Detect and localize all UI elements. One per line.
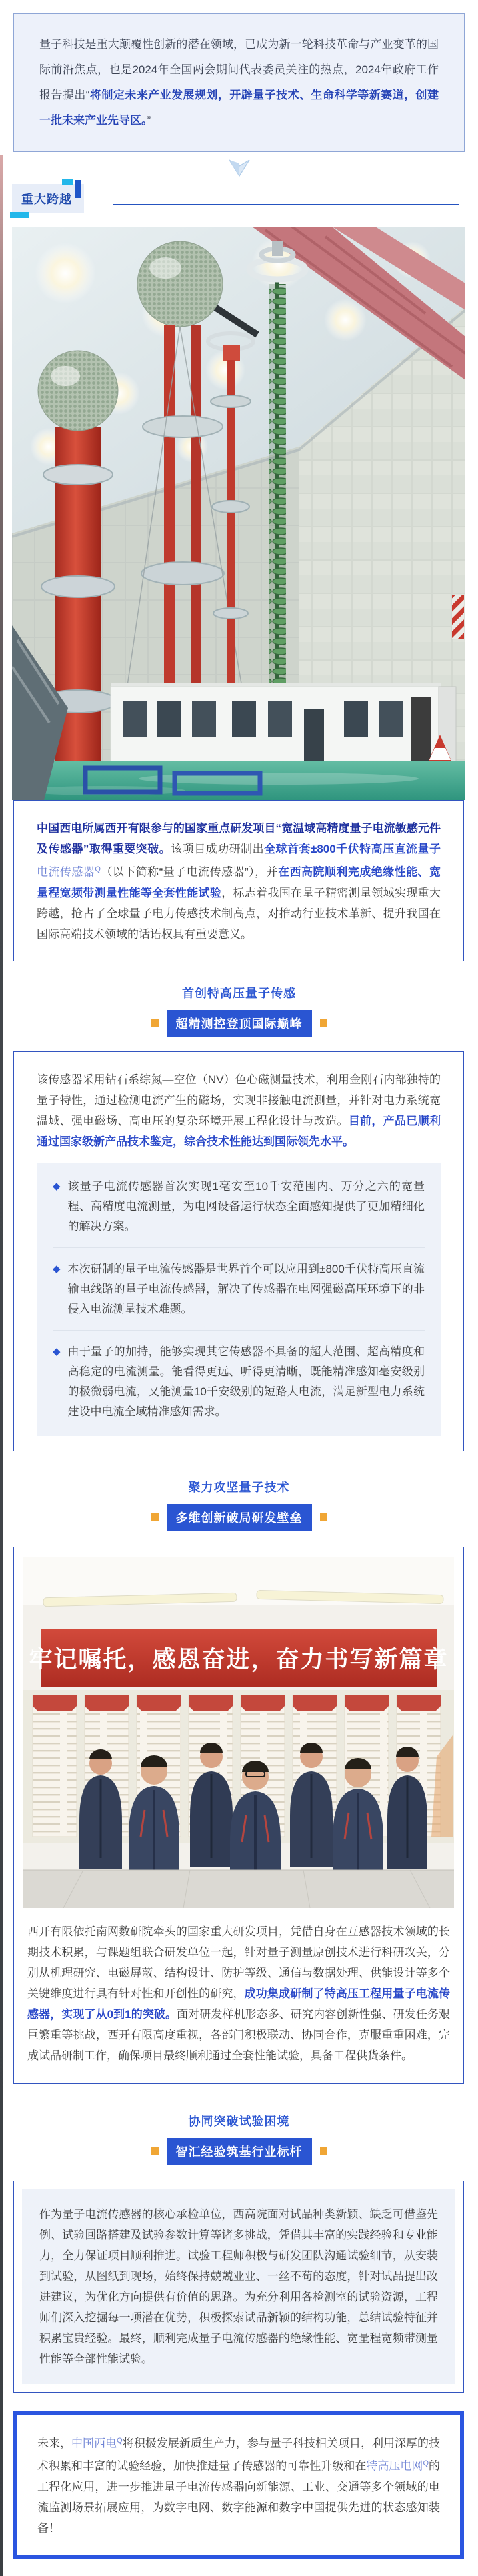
lead-text-segment: 该项目成功研制出: [171, 843, 264, 855]
hall-photo: [12, 227, 465, 800]
section1-paragraph: 该传感器采用钻石系综氮—空位（NV）色心磁测量技术，利用金刚石内部独特的量子特性…: [37, 1069, 441, 1152]
intro-quote-box: 量子科技是重大颠覆性创新的潜在领域，已成为新一轮科技革命与产业变革的国际前沿焦点…: [13, 13, 465, 152]
lead-text-segment-2: （以下简称“量子电流传感器”），并: [101, 866, 278, 879]
lead-blue-segment: 全球首套±800千伏特高压直流量子: [264, 843, 441, 855]
section3-box: 作为量子电流传感器的核心承检单位，西高院面对试品种类新颖、缺乏可借鉴先例、试验回…: [13, 2181, 464, 2393]
orange-square-icon: [320, 2147, 327, 2155]
section2-badge: 多维创新破局研发壁垒: [167, 1504, 312, 1531]
diamond-bullet-icon: ◆: [53, 1177, 61, 1237]
list-item: ◆ 由于量子的加持，能够实现其它传感器不具备的超大范围、超高精度和高稳定的电流测…: [53, 1331, 425, 1433]
section3-badge-row: 智汇经验筑基行业标杆: [0, 2138, 478, 2165]
grid-entity-link[interactable]: 特高压电网: [366, 2460, 423, 2473]
orange-square-icon: [151, 1513, 159, 1521]
section1-badge: 超精测控登顶国际巅峰: [167, 1010, 312, 1037]
entity-q-icon[interactable]: Q: [95, 865, 101, 873]
lead-paragraph-box: 中国西电所属西开有限参与的国家重点研发项目“宽温域高精度量子电流敏感元件及传感器…: [13, 800, 464, 961]
orange-square-icon: [151, 1019, 159, 1027]
section2-box: 牢记嘱托，感恩奋进，奋力书写新篇章: [13, 1547, 464, 2084]
control-room-building: [111, 683, 441, 767]
divider: [0, 157, 478, 180]
orange-square-icon: [151, 2147, 159, 2155]
section-header-badge: 重大跨越: [12, 184, 84, 213]
room-floor: [23, 1870, 454, 1908]
cyan-corner-icon: [62, 179, 73, 185]
section3-badge: 智汇经验筑基行业标杆: [167, 2138, 312, 2165]
bullet-text: 本次研制的量子电流传感器是世界首个可以应用到±800千伏特高压直流输电线路的量子…: [68, 1259, 425, 1319]
list-item: ◆ 该量子电流传感器首次实现1毫安至10千安范围内、万分之六的宽量程、高精度电流…: [53, 1165, 425, 1248]
article-page: 量子科技是重大颠覆性创新的潜在领域，已成为新一轮科技革命与产业变革的国际前沿焦点…: [0, 0, 478, 2576]
orange-square-icon: [320, 1019, 327, 1027]
section3-paragraph: 作为量子电流传感器的核心承检单位，西高院面对试品种类新颖、缺乏可借鉴先例、试验回…: [39, 2204, 438, 2369]
section1-subtitle: 首创特高压量子传感: [0, 984, 478, 1001]
entity-q-icon[interactable]: Q: [117, 2437, 123, 2445]
section2-paragraph: 西开有限依托南网数研院牵头的国家重大研发项目，凭借自身在互感器技术领域的长期技术…: [27, 1921, 450, 2066]
section2-badge-row: 多维创新破局研发壁垒: [0, 1504, 478, 1531]
section1-box: 该传感器采用钻石系综氮—空位（NV）色心磁测量技术，利用金刚石内部独特的量子特性…: [13, 1051, 464, 1451]
section-header-rule: [113, 204, 459, 205]
bullet-text: 该量子电流传感器首次实现1毫安至10千安范围内、万分之六的宽量程、高精度电流测量…: [68, 1177, 425, 1237]
orange-square-icon: [320, 1513, 327, 1521]
chevron-down-icon: [228, 157, 251, 177]
entity-q-icon[interactable]: Q: [423, 2459, 429, 2467]
blue-corner-icon: [75, 180, 81, 198]
section3-subtitle: 协同突破试验困境: [0, 2112, 478, 2129]
section-header-row: 重大跨越: [12, 184, 478, 219]
diamond-bullet-icon: ◆: [53, 1342, 61, 1422]
list-item: ◆ 本次研制的量子电流传感器是世界首个可以应用到±800千伏特高压直流输电线路的…: [53, 1248, 425, 1331]
banner-slogan: 牢记嘱托，感恩奋进，奋力书写新篇章: [29, 1646, 448, 1673]
window-edge-strip: [0, 155, 3, 2576]
intro-suffix: ”: [147, 114, 151, 127]
outro-box: 未来，中国西电Q将积极发展新质生产力，参与量子科技相关项目，利用深厚的技术积累和…: [13, 2411, 464, 2559]
highlights-panel: ◆ 该量子电流传感器首次实现1毫安至10千安范围内、万分之六的宽量程、高精度电流…: [37, 1163, 441, 1436]
lead-paragraph: 中国西电所属西开有限参与的国家重点研发项目“宽温域高精度量子电流敏感元件及传感器…: [37, 818, 441, 945]
diamond-bullet-icon: ◆: [53, 1259, 61, 1319]
sensor-entity-link[interactable]: 电流传感器: [37, 866, 95, 879]
intro-highlight: 将制定未来产业发展规划，开辟量子技术、生命科学等新赛道，创建一批未来产业先导区。: [39, 89, 439, 127]
red-banner: 牢记嘱托，感恩奋进，奋力书写新篇章: [29, 1629, 448, 1687]
bullet-text: 由于量子的加持，能够实现其它传感器不具备的超大范围、超高精度和高稳定的电流测量。…: [68, 1342, 425, 1422]
section2-subtitle: 聚力攻坚量子技术: [0, 1478, 478, 1495]
team-photo: 牢记嘱托，感恩奋进，奋力书写新篇章: [23, 1557, 454, 1908]
company-entity-link[interactable]: 中国西电: [71, 2437, 117, 2449]
section1-badge-row: 超精测控登顶国际巅峰: [0, 1010, 478, 1037]
section-header-label: 重大跨越: [21, 193, 72, 206]
cyan-underline-icon: [10, 212, 29, 218]
outro-text: 未来，: [37, 2437, 71, 2449]
